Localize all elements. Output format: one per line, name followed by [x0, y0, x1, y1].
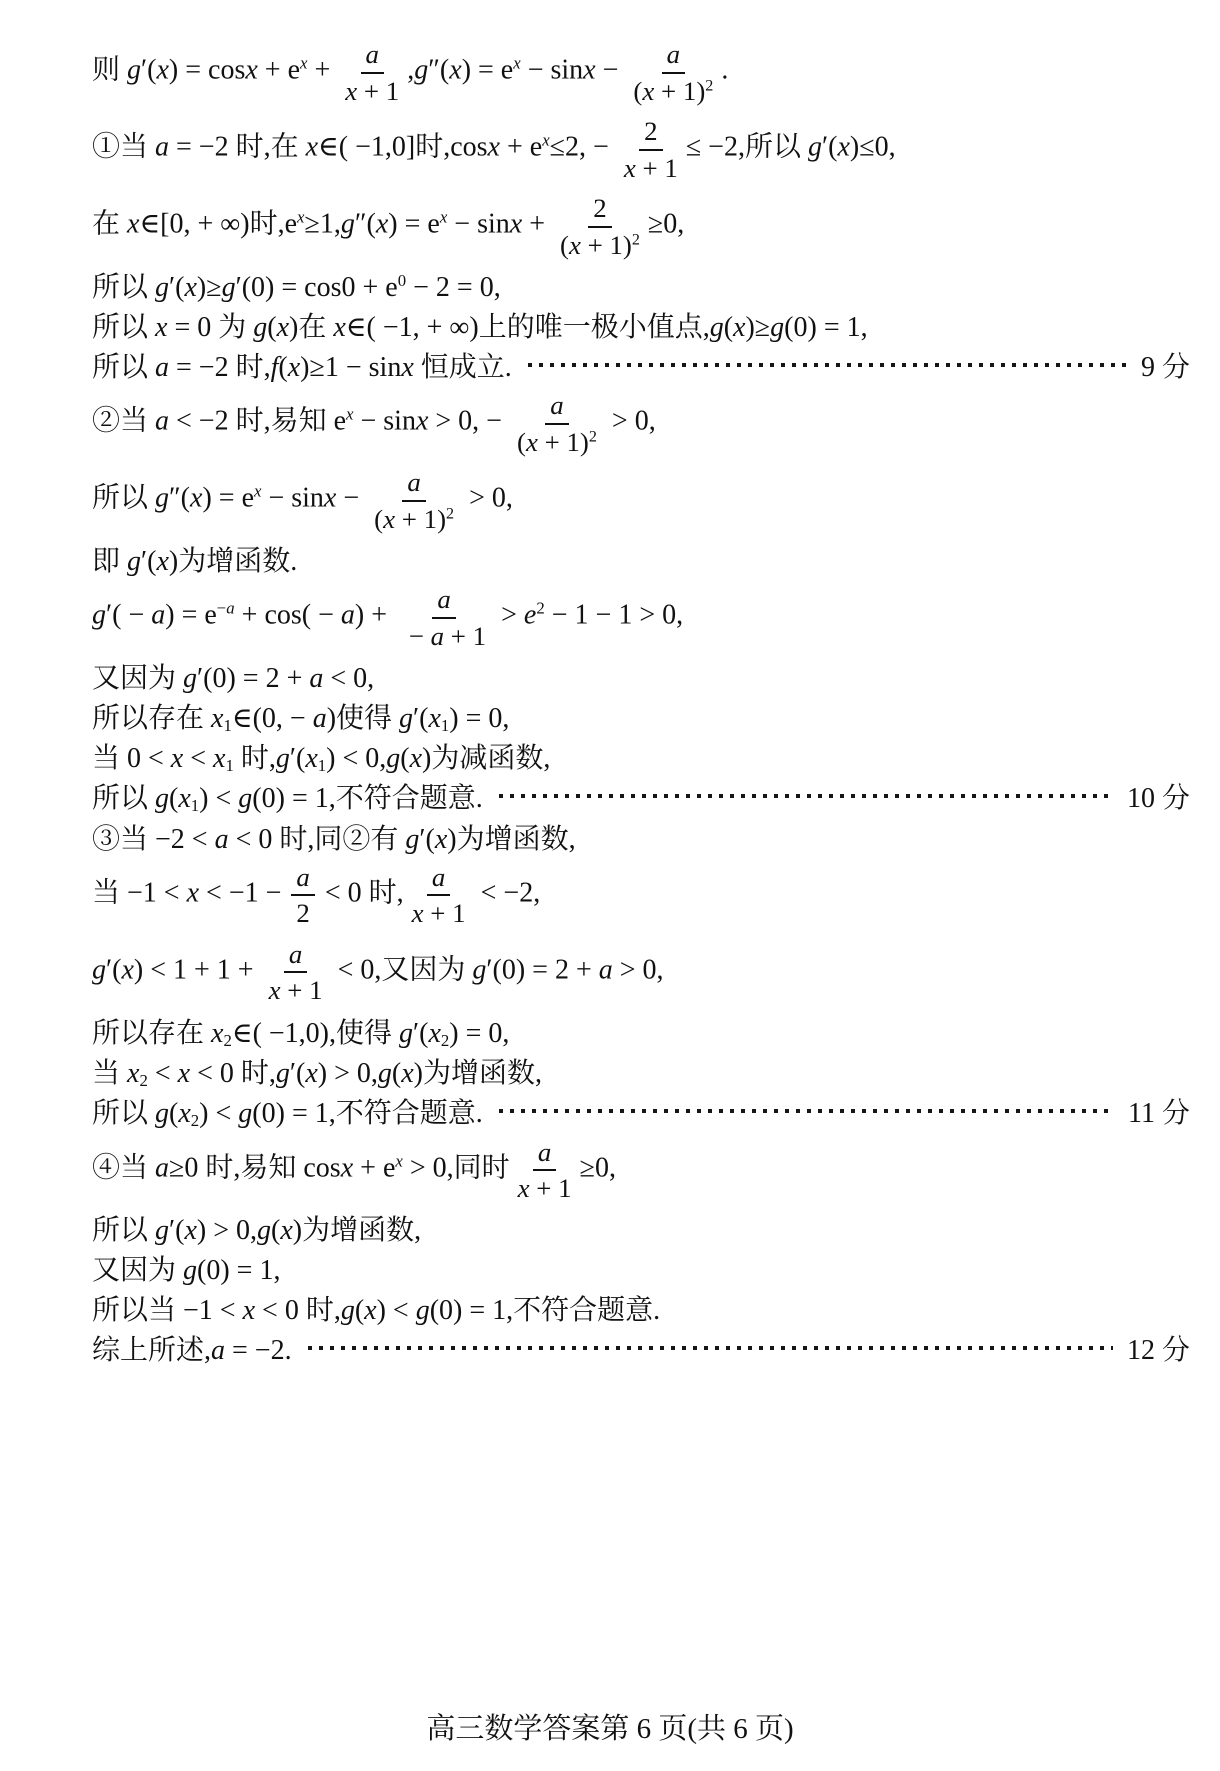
math-text: < 0 时,: [318, 877, 404, 908]
fraction-denominator: (x + 1)2: [512, 425, 602, 457]
math-text: 时,: [234, 743, 276, 774]
math-text: )≥: [197, 272, 222, 303]
subscript: 1: [191, 797, 199, 816]
math-line-24: 所以当 −1 < x < 0 时,g(x) < g(0) = 1,不符合题意.: [92, 1288, 1190, 1328]
math-variable: x: [178, 1098, 190, 1129]
fraction-denominator: (x + 1)2: [369, 502, 459, 534]
math-variable: a: [155, 352, 169, 383]
math-text: ′(0) = 2 +: [197, 663, 309, 694]
score-label: 11 分: [1128, 1091, 1190, 1131]
math-line-8: 所以 g″(x) = ex − sinx − a(x + 1)2 > 0,: [92, 462, 1190, 539]
line-content: 在 x∈[0, + ∞)时,ex≥1,g″(x) = ex − sinx + 2…: [92, 193, 684, 259]
math-variable: x: [526, 427, 538, 457]
math-text: + 1): [581, 230, 632, 260]
math-text: 所以当 −1 <: [92, 1295, 243, 1326]
math-variable: x: [428, 1018, 440, 1049]
line-content: 当 x2 < x < 0 时,g′(x) > 0,g(x)为增函数,: [92, 1051, 542, 1091]
math-text: 所以存在: [92, 703, 211, 734]
math-line-17: g′(x) < 1 + 1 + ax + 1 < 0,又因为 g′(0) = 2…: [92, 934, 1190, 1011]
math-variable: x: [333, 312, 345, 343]
math-variable: g: [710, 312, 724, 343]
math-text: ④当: [92, 1152, 155, 1183]
math-variable: x: [245, 55, 257, 86]
math-line-2: ①当 a = −2 时,在 x∈( −1,0]时,cosx + ex≤2, − …: [92, 111, 1190, 188]
dotted-leader: [499, 1109, 1114, 1113]
math-variable: x: [171, 743, 183, 774]
math-variable: a: [211, 1335, 225, 1366]
line-content: 当 0 < x < x1 时,g′(x1) < 0,g(x)为减函数,: [92, 736, 550, 776]
math-line-12: 所以存在 x1∈(0, − a)使得 g′(x1) = 0,: [92, 696, 1190, 736]
math-variable: g: [414, 55, 428, 86]
math-text: −: [596, 55, 626, 86]
math-text: )为增函数,: [414, 1058, 542, 1089]
math-text: ≥0,: [648, 209, 684, 240]
math-text: ≤ −2,所以: [686, 132, 808, 163]
fraction: 2(x + 1)2: [555, 193, 645, 259]
math-line-10: g′( − a) = e−a + cos( − a) + a − a + 1 >…: [92, 579, 1190, 656]
math-text: > 0,: [605, 406, 656, 437]
math-text: ′( −: [106, 600, 151, 631]
math-text: 2: [536, 599, 544, 618]
math-variable: x: [364, 1295, 376, 1326]
math-variable: g: [341, 209, 355, 240]
math-variable: x: [412, 898, 424, 928]
math-line-23: 又因为 g(0) = 1,: [92, 1248, 1190, 1288]
math-line-15: ③当 −2 < a < 0 时,同②有 g′(x)为增函数,: [92, 817, 1190, 857]
math-text: 2: [644, 116, 657, 146]
line-content: 又因为 g(0) = 1,: [92, 1248, 280, 1288]
math-variable: a: [215, 824, 229, 855]
math-variable: x: [401, 352, 413, 383]
math-variable: x: [127, 1058, 139, 1089]
math-line-19: 当 x2 < x < 0 时,g′(x) > 0,g(x)为增函数,: [92, 1051, 1190, 1091]
math-text: ′(: [169, 272, 184, 303]
math-text: .: [721, 55, 728, 86]
math-text: + e: [353, 1152, 395, 1183]
math-text: + 1): [654, 76, 705, 106]
math-text: 2: [139, 1071, 147, 1090]
math-text: ′(: [822, 132, 837, 163]
math-line-14: 所以 g(x1) < g(0) = 1,不符合题意.10 分: [92, 776, 1190, 816]
subscript: 2: [139, 1071, 147, 1090]
fraction-numerator: a: [662, 39, 685, 73]
math-variable: x: [513, 54, 520, 73]
math-text: 所以: [92, 783, 155, 814]
line-content: 所以 g′(x)≥g′(0) = cos0 + e0 − 2 = 0,: [92, 265, 501, 305]
math-text: (0) = 1,不符合题意.: [252, 1098, 482, 1129]
math-text: + e: [500, 132, 542, 163]
math-text: 2: [446, 505, 454, 522]
fraction-numerator: 2: [639, 116, 662, 150]
math-text: ′(: [169, 1215, 184, 1246]
line-content: 所以 a = −2 时,f(x)≥1 − sinx 恒成立.: [92, 345, 512, 385]
superscript: x: [395, 1151, 402, 1170]
subscript: 1: [318, 756, 326, 775]
subscript: 2: [223, 1031, 231, 1050]
math-text: 0: [398, 271, 406, 290]
math-text: 在: [92, 209, 127, 240]
math-variable: g: [770, 312, 784, 343]
math-line-9: 即 g′(x)为增函数.: [92, 539, 1190, 579]
answer-page: 则 g′(x) = cosx + ex + ax + 1,g″(x) = ex …: [0, 0, 1220, 1771]
math-variable: x: [288, 352, 300, 383]
math-text: + e: [258, 55, 300, 86]
math-line-22: 所以 g′(x) > 0,g(x)为增函数,: [92, 1208, 1190, 1248]
math-line-7: ②当 a < −2 时,易知 ex − sinx > 0, − a(x + 1)…: [92, 385, 1190, 462]
subscript: 1: [223, 716, 231, 735]
math-variable: x: [156, 546, 168, 577]
math-text: (0) = 1,: [784, 312, 867, 343]
fraction: 2x + 1: [619, 116, 683, 182]
math-text: )使得: [327, 703, 399, 734]
math-text: )≤0,: [850, 132, 896, 163]
fraction-numerator: a: [545, 390, 568, 424]
math-text: (: [392, 1058, 401, 1089]
line-content: ②当 a < −2 时,易知 ex − sinx > 0, − a(x + 1)…: [92, 390, 656, 456]
math-variable: x: [837, 132, 849, 163]
math-text: ) > 0,: [197, 1215, 257, 1246]
math-variable: g: [238, 783, 252, 814]
math-text: ≥0 时,易知 cos: [169, 1152, 341, 1183]
fraction-numerator: 2: [588, 193, 611, 227]
math-text: ) < 1 + 1 +: [134, 954, 261, 985]
math-variable: x: [187, 877, 199, 908]
math-text: = 0 为: [167, 312, 253, 343]
math-text: = −2 时,在: [169, 132, 306, 163]
math-variable: g: [183, 1255, 197, 1286]
fraction-denominator: 2: [291, 896, 314, 928]
math-text: (0) = 1,: [197, 1255, 280, 1286]
superscript: 2: [589, 428, 597, 445]
math-variable: g: [405, 824, 419, 855]
math-variable: x: [341, 1152, 353, 1183]
math-text: 2: [191, 1111, 199, 1130]
math-text: 所以: [92, 352, 155, 383]
math-variable: a: [155, 1152, 169, 1183]
math-text: ″(: [428, 55, 449, 86]
math-variable: x: [324, 483, 336, 514]
math-text: 1: [318, 756, 326, 775]
math-variable: a: [407, 467, 420, 497]
superscript: 2: [446, 505, 454, 522]
math-variable: g: [341, 1295, 355, 1326]
math-text: ) < 0,: [326, 743, 386, 774]
line-content: ①当 a = −2 时,在 x∈( −1,0]时,cosx + ex≤2, − …: [92, 116, 896, 182]
dotted-leader: [528, 363, 1127, 367]
math-text: −: [336, 483, 366, 514]
math-text: ①当: [92, 132, 155, 163]
math-variable: x: [190, 483, 202, 514]
fraction: ax + 1: [407, 862, 471, 928]
math-text: + cos( −: [235, 600, 341, 631]
math-text: ∈( −1, + ∞)上的唯一极小值点,: [346, 312, 710, 343]
math-variable: x: [401, 1058, 413, 1089]
math-text: )为增函数,: [447, 824, 575, 855]
math-text: = −2.: [225, 1335, 292, 1366]
line-content: 即 g′(x)为增函数.: [92, 539, 297, 579]
math-variable: a: [155, 132, 169, 163]
math-text: (: [169, 783, 178, 814]
superscript: 2: [632, 231, 640, 248]
math-line-21: ④当 a≥0 时,易知 cosx + ex > 0,同时ax + 1≥0,: [92, 1131, 1190, 1208]
math-text: 1: [225, 756, 233, 775]
math-text: ′(: [419, 824, 434, 855]
math-text: = −2 时,: [169, 352, 271, 383]
math-text: >: [494, 600, 524, 631]
math-text: (: [633, 76, 642, 106]
math-variable: x: [155, 312, 167, 343]
math-variable: g: [222, 272, 236, 303]
math-variable: x: [345, 76, 357, 106]
math-text: + 1: [636, 153, 678, 183]
line-content: 则 g′(x) = cosx + ex + ax + 1,g″(x) = ex …: [92, 39, 728, 105]
math-text: ′(: [290, 1058, 305, 1089]
superscript: 2: [705, 77, 713, 94]
math-variable: g: [472, 954, 486, 985]
math-variable: g: [155, 483, 169, 514]
math-text: (: [560, 230, 569, 260]
math-text: < 0,: [323, 663, 374, 694]
math-text: 所以存在: [92, 1018, 211, 1049]
fraction-numerator: a: [533, 1137, 556, 1171]
score-label: 10 分: [1127, 776, 1190, 816]
math-text: ≥1,: [304, 209, 340, 240]
math-variable: g: [253, 312, 267, 343]
math-variable: a: [538, 1137, 551, 1167]
subscript: 1: [225, 756, 233, 775]
line-content: 所以 g(x2) < g(0) = 1,不符合题意.: [92, 1091, 483, 1131]
solution-lines: 则 g′(x) = cosx + ex + ax + 1,g″(x) = ex …: [92, 34, 1190, 1368]
fraction-numerator: a: [361, 39, 384, 73]
math-text: ″(: [169, 483, 190, 514]
math-variable: x: [211, 1018, 223, 1049]
math-variable: a: [550, 390, 563, 420]
math-text: 所以: [92, 312, 155, 343]
fraction: ax + 1: [264, 939, 328, 1005]
math-text: 所以: [92, 272, 155, 303]
math-variable: x: [435, 824, 447, 855]
math-text: 又因为: [92, 663, 183, 694]
math-text: +: [307, 55, 337, 86]
math-line-25: 综上所述,a = −2.12 分: [92, 1328, 1190, 1368]
math-text: + 1): [395, 504, 446, 534]
math-variable: x: [243, 1295, 255, 1326]
math-text: 恒成立.: [414, 352, 512, 383]
math-variable: x: [449, 55, 461, 86]
math-text: 所以: [92, 1215, 155, 1246]
math-text: < −2 时,易知 e: [169, 406, 346, 437]
math-text: + 1: [444, 621, 486, 651]
math-variable: x: [269, 975, 281, 1005]
subscript: 2: [191, 1111, 199, 1130]
page-footer: 高三数学答案第 6 页(共 6 页): [0, 1706, 1220, 1747]
math-variable: x: [184, 272, 196, 303]
math-text: 2: [589, 428, 597, 445]
math-text: + 1: [281, 975, 323, 1005]
math-text: 2: [223, 1031, 231, 1050]
math-variable: x: [305, 1058, 317, 1089]
math-variable: g: [155, 272, 169, 303]
math-variable: a: [431, 621, 444, 651]
math-variable: x: [383, 504, 395, 534]
dotted-leader: [308, 1346, 1113, 1350]
math-text: )为减函数,: [422, 743, 550, 774]
math-text: ′(: [106, 954, 121, 985]
math-text: − sin: [447, 209, 509, 240]
fraction-denominator: (x + 1)2: [628, 74, 718, 106]
math-variable: g: [416, 1295, 430, 1326]
math-variable: g: [399, 1018, 413, 1049]
math-text: − sin: [261, 483, 323, 514]
math-text: ) +: [355, 600, 394, 631]
math-variable: x: [156, 55, 168, 86]
math-variable: x: [178, 1058, 190, 1089]
math-text: <: [148, 1058, 178, 1089]
math-variable: x: [410, 743, 422, 774]
math-text: <: [183, 743, 213, 774]
math-line-13: 当 0 < x < x1 时,g′(x1) < 0,g(x)为减函数,: [92, 736, 1190, 776]
math-variable: g: [155, 1215, 169, 1246]
math-variable: g: [808, 132, 822, 163]
superscript: 0: [398, 271, 406, 290]
line-content: ③当 −2 < a < 0 时,同②有 g′(x)为增函数,: [92, 817, 576, 857]
math-text: )为增函数,: [293, 1215, 421, 1246]
math-variable: x: [416, 406, 428, 437]
line-content: 所以当 −1 < x < 0 时,g(x) < g(0) = 1,不符合题意.: [92, 1288, 660, 1328]
fraction: a(x + 1)2: [369, 467, 459, 533]
math-text: 1: [223, 716, 231, 735]
math-variable: x: [518, 1173, 530, 1203]
math-text: > 0,: [462, 483, 513, 514]
math-text: (: [374, 504, 383, 534]
score-label: 9 分: [1141, 345, 1190, 385]
superscript: x: [513, 54, 520, 73]
math-variable: a: [309, 663, 323, 694]
math-variable: g: [378, 1058, 392, 1089]
line-content: 所以 x = 0 为 g(x)在 x∈( −1, + ∞)上的唯一极小值点,g(…: [92, 305, 868, 345]
fraction-numerator: a: [402, 467, 425, 501]
math-variable: a: [366, 39, 379, 69]
line-content: 当 −1 < x < −1 − a2 < 0 时,ax + 1 < −2,: [92, 862, 540, 928]
math-text: (: [724, 312, 733, 343]
math-text: 即: [92, 546, 127, 577]
math-text: + 1: [357, 76, 399, 106]
math-variable: x: [305, 743, 317, 774]
math-line-18: 所以存在 x2∈( −1,0),使得 g′(x2) = 0,: [92, 1011, 1190, 1051]
math-variable: a: [599, 954, 613, 985]
fraction: a(x + 1)2: [512, 390, 602, 456]
math-variable: x: [178, 783, 190, 814]
math-text: 1: [191, 797, 199, 816]
math-variable: g: [276, 1058, 290, 1089]
math-text: (: [517, 427, 526, 457]
math-text: )≥: [745, 312, 770, 343]
math-text: )为增函数.: [169, 546, 297, 577]
math-variable: x: [306, 132, 318, 163]
math-text: ≤2, −: [550, 132, 616, 163]
math-variable: a: [667, 39, 680, 69]
math-text: ∈(0, −: [232, 703, 313, 734]
fraction-denominator: − a + 1: [397, 619, 491, 651]
math-variable: x: [542, 131, 549, 150]
math-text: < 0 时,: [190, 1058, 276, 1089]
math-text: − sin: [521, 55, 583, 86]
math-text: ∈[0, + ∞)时,e: [139, 209, 297, 240]
line-content: ④当 a≥0 时,易知 cosx + ex > 0,同时ax + 1≥0,: [92, 1137, 616, 1203]
math-variable: x: [624, 153, 636, 183]
math-text: (: [169, 1098, 178, 1129]
math-variable: x: [376, 209, 388, 240]
math-text: ) <: [377, 1295, 416, 1326]
math-text: ) = e: [202, 483, 254, 514]
math-text: ≥0,: [580, 1152, 616, 1183]
math-line-3: 在 x∈[0, + ∞)时,ex≥1,g″(x) = ex − sinx + 2…: [92, 188, 1190, 265]
score-label: 12 分: [1127, 1328, 1190, 1368]
math-text: 所以: [92, 483, 155, 514]
math-variable: x: [428, 703, 440, 734]
math-text: −: [217, 599, 226, 618]
line-content: 又因为 g′(0) = 2 + a < 0,: [92, 656, 374, 696]
math-text: (: [267, 312, 276, 343]
math-variable: x: [213, 743, 225, 774]
math-line-1: 则 g′(x) = cosx + ex + ax + 1,g″(x) = ex …: [92, 34, 1190, 111]
math-text: (: [400, 743, 409, 774]
math-variable: x: [127, 209, 139, 240]
math-line-20: 所以 g(x2) < g(0) = 1,不符合题意.11 分: [92, 1091, 1190, 1131]
math-text: ′(0) = 2 +: [486, 954, 598, 985]
math-variable: a: [313, 703, 327, 734]
line-content: 综上所述,a = −2.: [92, 1328, 292, 1368]
math-text: > 0,: [613, 954, 664, 985]
math-text: ′(: [413, 1018, 428, 1049]
fraction-numerator: a: [284, 939, 307, 973]
math-text: − sin: [353, 406, 415, 437]
math-text: > 0,同时: [403, 1152, 510, 1183]
math-text: 又因为: [92, 1255, 183, 1286]
math-text: −: [402, 621, 431, 651]
superscript: −a: [217, 599, 235, 618]
math-variable: x: [642, 76, 654, 106]
math-text: (: [355, 1295, 364, 1326]
line-content: 所以 g″(x) = ex − sinx − a(x + 1)2 > 0,: [92, 467, 513, 533]
math-text: 当 0 <: [92, 743, 171, 774]
math-text: 当 −1 <: [92, 877, 187, 908]
fraction-numerator: a: [291, 862, 314, 896]
line-content: 所以存在 x1∈(0, − a)使得 g′(x1) = 0,: [92, 696, 509, 736]
math-line-5: 所以 x = 0 为 g(x)在 x∈( −1, + ∞)上的唯一极小值点,g(…: [92, 305, 1190, 345]
math-text: < −2,: [474, 877, 541, 908]
math-variable: g: [92, 600, 106, 631]
math-variable: g: [155, 783, 169, 814]
math-text: )≥1 − sin: [300, 352, 401, 383]
math-variable: x: [569, 230, 581, 260]
fraction-numerator: a: [427, 862, 450, 896]
line-content: 所以 g′(x) > 0,g(x)为增函数,: [92, 1208, 421, 1248]
math-text: ) = e: [388, 209, 440, 240]
math-text: + 1: [530, 1173, 572, 1203]
math-text: 则: [92, 55, 127, 86]
math-text: ) > 0,: [318, 1058, 378, 1089]
math-text: − 2 = 0,: [406, 272, 501, 303]
math-text: (0) = 1,不符合题意.: [430, 1295, 660, 1326]
dotted-leader: [499, 794, 1113, 798]
math-line-16: 当 −1 < x < −1 − a2 < 0 时,ax + 1 < −2,: [92, 857, 1190, 934]
line-content: 所以存在 x2∈( −1,0),使得 g′(x2) = 0,: [92, 1011, 509, 1051]
fraction-denominator: x + 1: [407, 896, 471, 928]
math-text: 2: [632, 231, 640, 248]
math-text: ″(: [355, 209, 376, 240]
fraction: a(x + 1)2: [628, 39, 718, 105]
